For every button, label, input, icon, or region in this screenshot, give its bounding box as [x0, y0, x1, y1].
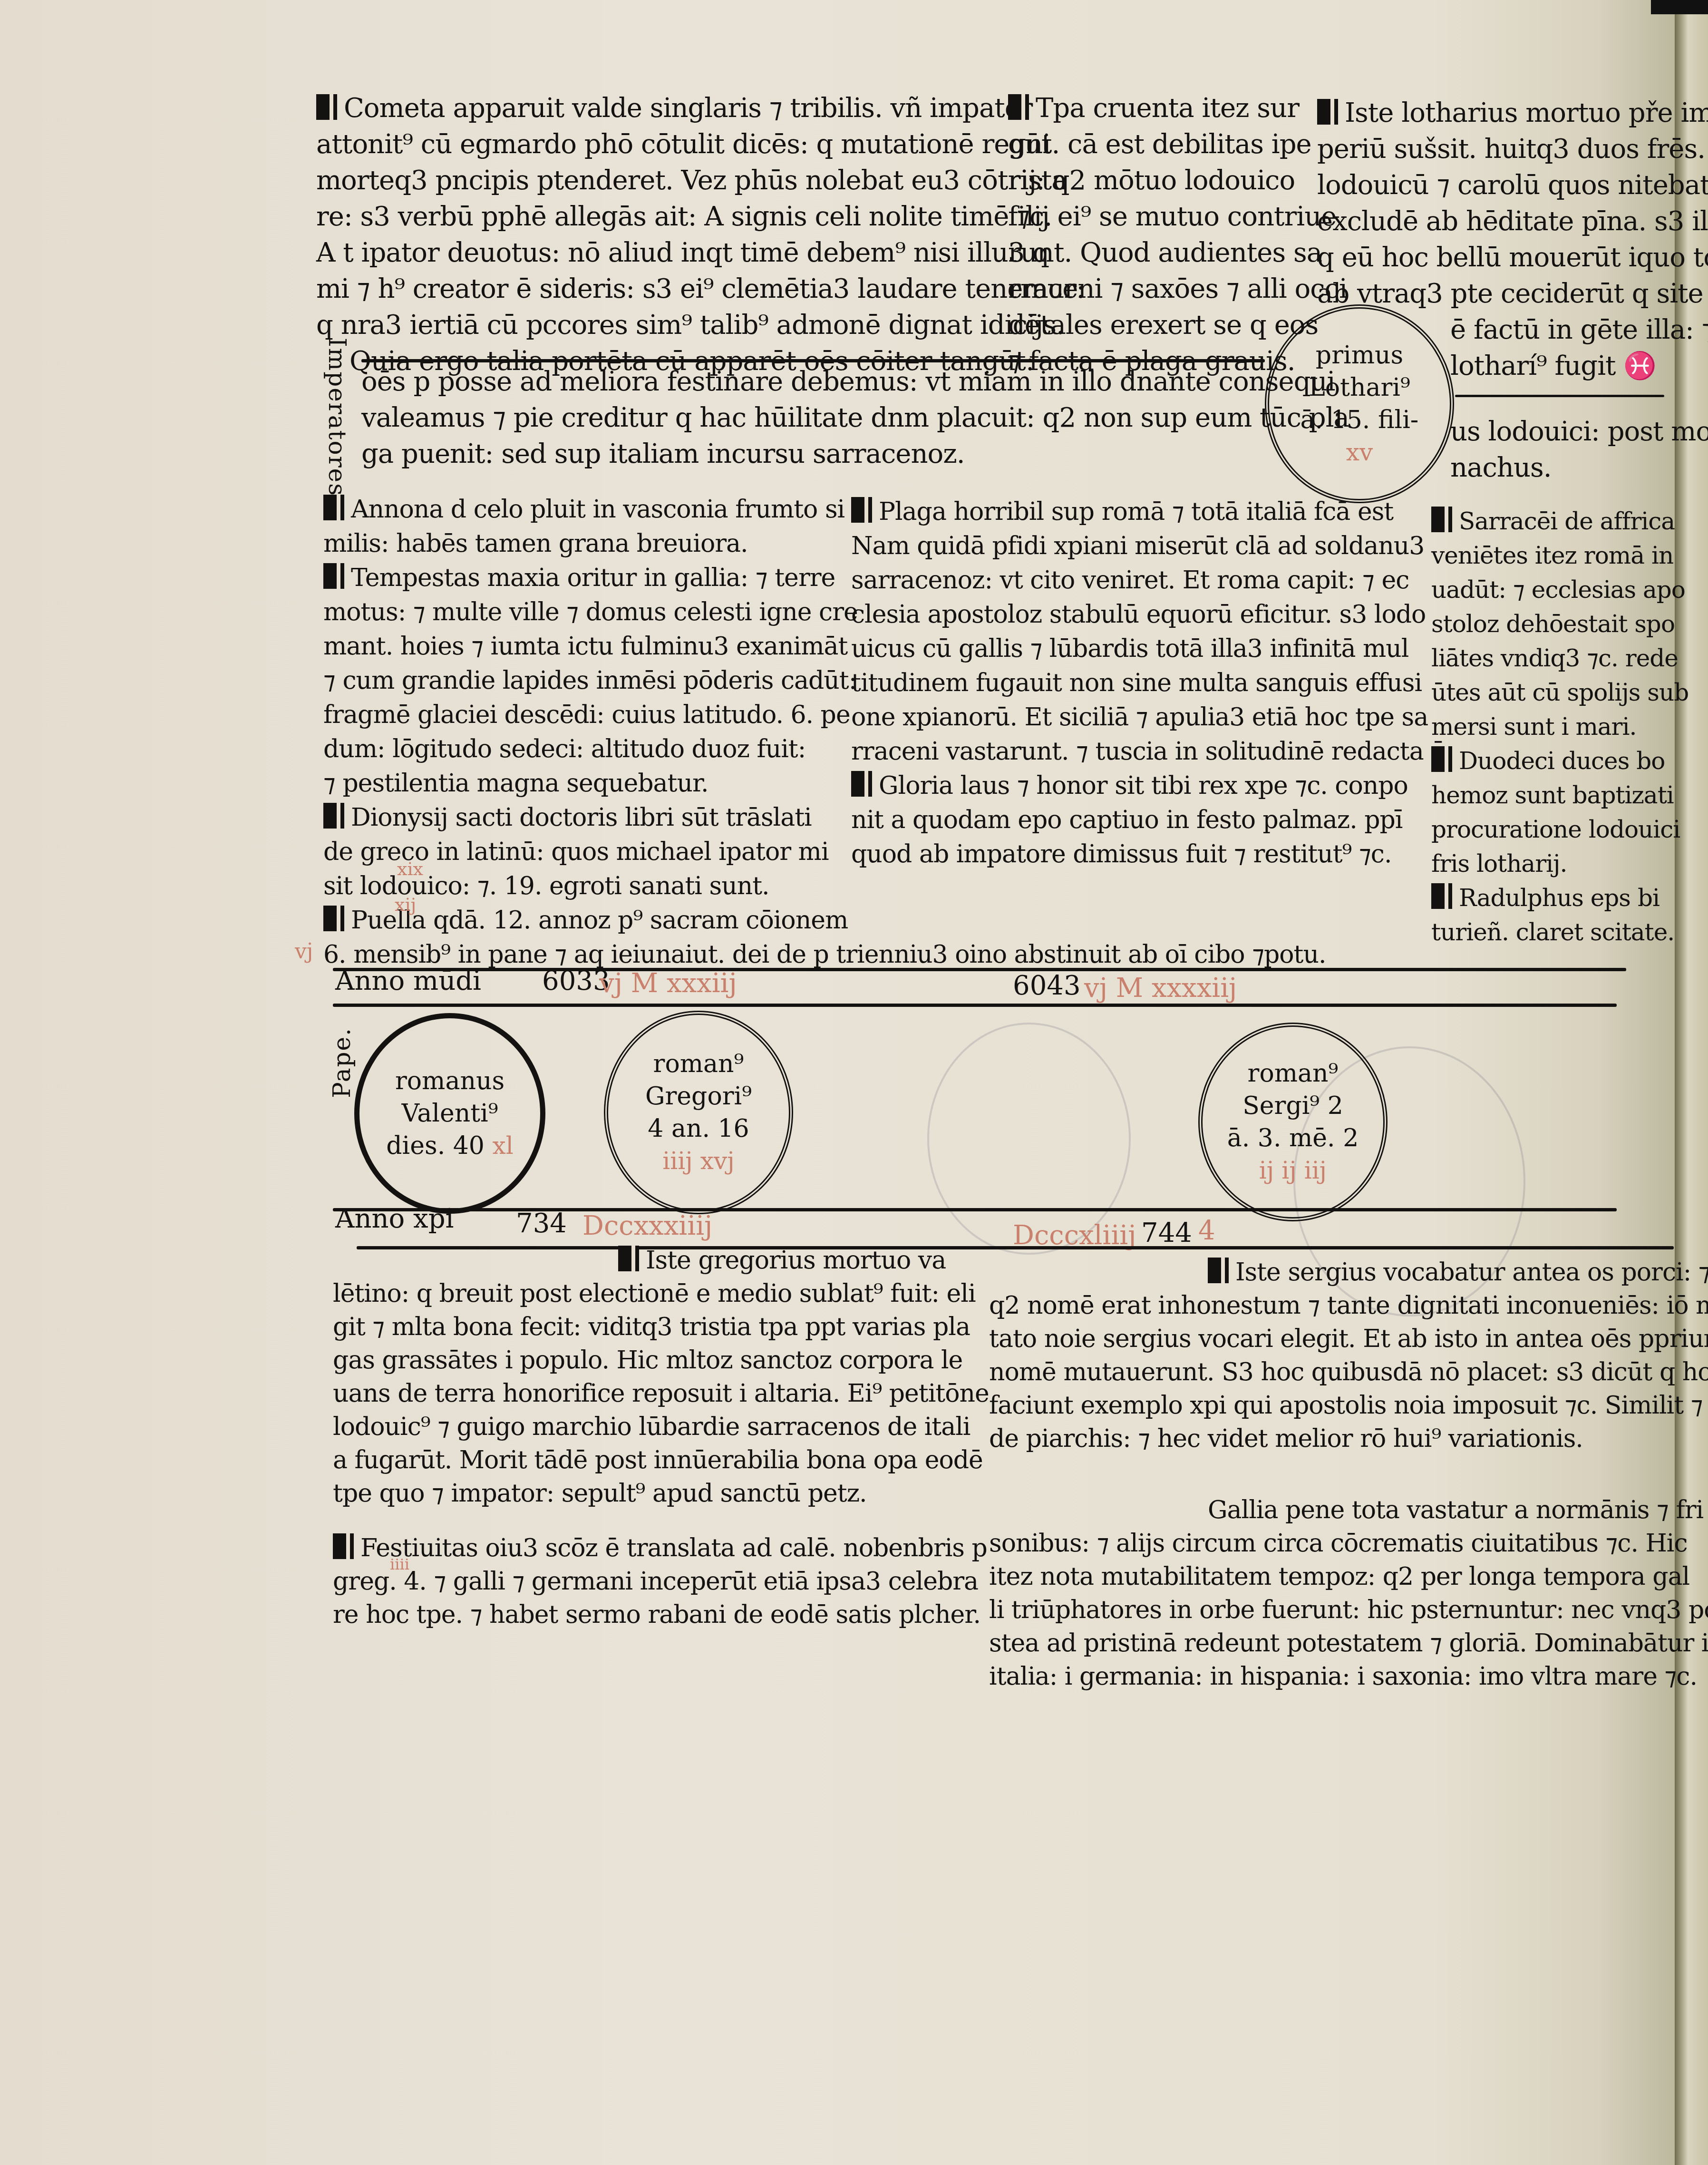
text-line: uadūt: ⁊ ecclesias apo — [1431, 573, 1679, 607]
pilcrow-icon — [851, 771, 868, 797]
pilcrow-icon — [333, 1533, 350, 1559]
text-line: Gloria laus ⁊ honor sit tibi rex xpe ⁊c.… — [851, 769, 1388, 803]
pilcrow-icon — [323, 563, 340, 589]
text-line: excludē ab hēditate pīna. s3 illi — [1317, 204, 1679, 240]
bottom-col1-text: Iste gregorius mortuo va lētino: q breui… — [333, 1244, 961, 1510]
text: Sarracēi de affrica — [1459, 507, 1675, 535]
text-line: ga puenit: sed sup italiam incursu sarra… — [361, 436, 1265, 472]
pilcrow-icon — [316, 94, 333, 120]
emperors-side-label: Imperatores — [323, 338, 351, 497]
text: Annona d celo pluit in vasconia frumto s… — [351, 495, 844, 524]
text-line: mersi sunt i mari. — [1431, 710, 1679, 744]
text-line: gas grassātes i populo. Hic mltoz sancto… — [333, 1344, 961, 1377]
popes-side-label: Pape. — [328, 1027, 356, 1098]
circle-text: roman⁹ — [1248, 1057, 1339, 1090]
text-line: nachus. — [1450, 450, 1679, 486]
text-line: Iste lotharius mortuo pře im — [1317, 95, 1679, 131]
text-line: greg. 4. ⁊ galli ⁊ germani inceperūt eti… — [333, 1565, 961, 1598]
text-line: Tempestas maxia oritur in gallia: ⁊ terr… — [323, 561, 861, 595]
text-line: clesia apostoloz stabulū equorū eficitur… — [851, 597, 1388, 632]
text-line: lodouic⁹ ⁊ guigo marchio lūbardie sarrac… — [333, 1410, 961, 1443]
circle-text: romanus — [395, 1065, 505, 1097]
text-line: one xpianorū. Et siciliā ⁊ apulia3 etiā … — [851, 700, 1388, 734]
circle-text: Gregori⁹ — [645, 1080, 752, 1112]
pilcrow-icon — [323, 803, 340, 829]
text-line: a fugarūt. Morit tādē post innūerabilia … — [333, 1443, 961, 1477]
circle-text: roman⁹ — [653, 1048, 744, 1080]
text: Cometa apparuit valde singlaris ⁊ tribil… — [344, 93, 1032, 124]
rubric-numeral: iiij xvj — [662, 1145, 734, 1177]
text-line: Radulphus eps bi — [1431, 881, 1679, 915]
text-line: re hoc tpe. ⁊ habet sermo rabani de eodē… — [333, 1598, 961, 1631]
text-line: Plaga horribil sup romā ⁊ totā italiā fc… — [851, 495, 1388, 529]
text-line: procuratione lodouici — [1431, 812, 1679, 847]
circle-text: dies. 40 xl — [386, 1130, 513, 1162]
rubric-numeral: vj — [295, 939, 313, 964]
text-line: q nra3 iertiā cū pccores sim⁹ talib⁹ adm… — [316, 307, 1006, 343]
pisces-icon: ♓ — [1623, 351, 1656, 381]
text-line: fragmē glaciei descēdi: cuius latitudo. … — [323, 698, 861, 732]
text-line: Duodeci duces bo — [1431, 744, 1679, 778]
text-line: dētales erexert se q eos — [1008, 307, 1303, 343]
text-line: q eū hoc bellū mouerūt iquo tot — [1317, 240, 1679, 276]
text-line: li triūphatores in orbe fuerunt: hic pst… — [989, 1593, 1669, 1627]
text-line: q2 nomē erat inhonestum ⁊ tante dignitat… — [989, 1289, 1669, 1322]
text: Dionysij sacti doctoris libri sūt trāsla… — [351, 803, 812, 832]
text-line: attonit⁹ cū egmardo phō cōtulit dicēs: q… — [316, 127, 1006, 163]
circle-text: primus — [1316, 339, 1403, 371]
rule-line — [333, 1004, 1617, 1007]
year-value: 6043 — [1013, 970, 1081, 1001]
text-line: lodouicū ⁊ carolū quos nitebat — [1317, 167, 1679, 204]
text-line: runt. Quod audientes sa — [1008, 235, 1303, 271]
text-line: ūtes aūt cū spolijs sub — [1431, 675, 1679, 710]
text: lotharí⁹ fugit — [1450, 351, 1616, 381]
pilcrow-icon — [323, 495, 340, 520]
rubric-numeral: iiii — [390, 1555, 409, 1573]
text-line: fris lotharij. — [1431, 847, 1679, 881]
text-line: motus: ⁊ multe ville ⁊ domus celesti ign… — [323, 595, 861, 629]
text-line: Festiuitas oiu3 scōz ē translata ad calē… — [333, 1531, 961, 1565]
text: Gloria laus ⁊ honor sit tibi rex xpe ⁊c.… — [879, 771, 1408, 800]
text-line: de piarchis: ⁊ hec videt melior rō hui⁹ … — [989, 1422, 1669, 1455]
top-col1-text: Cometa apparuit valde singlaris ⁊ tribil… — [316, 90, 1006, 380]
text-line: dum: lōgitudo sedeci: altitudo duoz fuit… — [323, 732, 861, 766]
text: Tempestas maxia oritur in gallia: ⁊ terr… — [351, 564, 835, 592]
text-line: lētino: q breuit post electionē e medio … — [333, 1277, 961, 1310]
text-line: Dionysij sacti doctoris libri sūt trāsla… — [323, 800, 861, 835]
rubric-numeral: xl — [492, 1132, 513, 1160]
text-line: veniētes itez romā in — [1431, 538, 1679, 573]
text-line: Sarracēi de affrica — [1431, 504, 1679, 538]
rubric-numeral: ij ij iij — [1259, 1154, 1327, 1187]
anno-mundi-label: Anno mūdi — [335, 965, 481, 996]
text-line: sarracenoz: vt cito veniret. Et roma cap… — [851, 563, 1388, 597]
rubric-numeral: 4 — [1198, 1215, 1215, 1246]
top-wide-text: oēs p posse ad meliora festinare debemus… — [361, 364, 1265, 472]
year-value: 734 — [516, 1208, 567, 1239]
rule-line — [333, 968, 1626, 971]
text: dies. 40 — [386, 1131, 485, 1160]
text-line: uans de terra honorifice reposuit i alta… — [333, 1377, 961, 1410]
text: Iste sergius vocabatur antea os porci: ⁊ — [1235, 1258, 1708, 1287]
rule-line — [1455, 395, 1664, 397]
circle-text: ā. 15. fili- — [1300, 404, 1419, 436]
text-line: hemoz sunt baptizati — [1431, 778, 1679, 812]
text-line: filij ei⁹ se mutuo contriue — [1008, 199, 1303, 235]
rubric-numeral: vj M xxxiij — [599, 968, 737, 999]
text: Radulphus eps bi — [1459, 884, 1659, 912]
text-line: gūt. cā est debilitas ipe — [1008, 127, 1303, 163]
rubric-numeral: vj M xxxxiij — [1084, 973, 1237, 1004]
year-value: 744 — [1141, 1218, 1192, 1248]
anno-christi-label: Anno xpi — [335, 1203, 454, 1234]
text-line: us lodouici: post mo — [1450, 414, 1679, 450]
text-line: mant. hoies ⁊ iumta ictu fulminu3 exanim… — [323, 629, 861, 663]
text-line: nomē mutauerunt. S3 hoc quibusdā nō plac… — [989, 1356, 1669, 1389]
circle-text: Valenti⁹ — [401, 1097, 498, 1130]
rubric-numeral: xij — [395, 894, 416, 915]
pilcrow-icon — [1431, 883, 1448, 909]
text-line: uicus cū gallis ⁊ lūbardis totā illa3 in… — [851, 632, 1388, 666]
text-line: italia: i germania: in hispania: i saxon… — [989, 1660, 1669, 1693]
text-line: valeamus ⁊ pie creditur q hac hūilitate … — [361, 400, 1265, 436]
text-line: rraceni vastarunt. ⁊ tuscia in solitudin… — [851, 734, 1388, 769]
top-col2-text: Tpa cruenta itez sur gūt. cā est debilit… — [1008, 90, 1303, 380]
circle-text: Sergi⁹ 2 — [1242, 1090, 1343, 1122]
emperor-circle: primus Lothari⁹ ā. 15. fili- xv — [1265, 304, 1454, 503]
pilcrow-icon — [851, 497, 868, 523]
text-line: quod ab impatore dimissus fuit ⁊ restitu… — [851, 837, 1388, 871]
text-line: A t ipator deuotus: nō aliud inqt timē d… — [316, 235, 1006, 271]
text-line: nit a quodam epo captiuo in festo palmaz… — [851, 803, 1388, 837]
circle-text: ā. 3. mē. 2 — [1227, 1122, 1359, 1154]
pilcrow-icon — [1431, 746, 1448, 772]
text-line: rij: q2 mōtuo lodouico — [1008, 163, 1303, 199]
pilcrow-icon — [1431, 507, 1448, 532]
pope-circle: roman⁹ Sergi⁹ 2 ā. 3. mē. 2 ij ij iij — [1198, 1023, 1388, 1221]
pilcrow-icon — [1008, 94, 1025, 120]
text-line: titudinem fugauit non sine multa sanguis… — [851, 666, 1388, 700]
pilcrow-icon — [618, 1246, 635, 1271]
text-line: milis: habēs tamen grana breuiora. — [323, 527, 861, 561]
pilcrow-icon — [1317, 99, 1334, 125]
pilcrow-icon — [1208, 1258, 1225, 1283]
text: Plaga horribil sup romā ⁊ totā italiā fc… — [879, 497, 1393, 526]
bottom-col2-text-2: Gallia pene tota vastatur a normānis ⁊ f… — [989, 1493, 1669, 1693]
middle-col2-text: Plaga horribil sup romā ⁊ totā italiā fc… — [851, 495, 1388, 871]
rule-line — [361, 359, 1265, 362]
pope-circle: romanus Valenti⁹ dies. 40 xl — [354, 1013, 545, 1214]
circle-text: Lothari⁹ — [1309, 371, 1410, 404]
gutter-shadow — [1651, 0, 1708, 14]
text-line: Tpa cruenta itez sur — [1008, 90, 1303, 127]
text-line: liātes vndiq3 ⁊c. rede — [1431, 641, 1679, 675]
text-line: oēs p posse ad meliora festinare debemus… — [361, 364, 1265, 400]
pilcrow-icon — [323, 906, 340, 931]
text: Tpa cruenta itez sur — [1036, 93, 1299, 124]
pope-circle: roman⁹ Gregori⁹ 4 an. 16 iiij xvj — [604, 1011, 793, 1214]
top-col3-continuation: us lodouici: post mo nachus. — [1450, 414, 1679, 486]
bottom-col2-text: Iste sergius vocabatur antea os porci: ⁊… — [989, 1256, 1669, 1455]
text-line: stea ad pristinā redeunt potestatem ⁊ gl… — [989, 1627, 1669, 1660]
text: Iste lotharius mortuo pře im — [1345, 98, 1708, 128]
text-line: Gallia pene tota vastatur a normānis ⁊ f… — [989, 1493, 1669, 1527]
text-line: ⁊ pestilentia magna sequebatur. — [323, 766, 861, 800]
circle-text: 4 an. 16 — [648, 1112, 749, 1145]
text-line: sonibus: ⁊ alijs circum circa cōcrematis… — [989, 1527, 1669, 1560]
text-line: tato noie sergius vocari elegit. Et ab i… — [989, 1322, 1669, 1356]
rubric-numeral: Dccxxxiiij — [582, 1210, 712, 1241]
text: Duodeci duces bo — [1459, 747, 1665, 775]
text-line: git ⁊ mlta bona fecit: viditq3 tristia t… — [333, 1310, 961, 1344]
bottom-col1-text-2: Festiuitas oiu3 scōz ē translata ad calē… — [333, 1531, 961, 1631]
text-line: stoloz dehōestait spo — [1431, 607, 1679, 641]
text-line: re: s3 verbū pphē allegās ait: A signis … — [316, 199, 1006, 235]
text-line: turieñ. claret scitate. — [1431, 915, 1679, 949]
text-line: Nam quidā pfidi xpiani miserūt clā ad so… — [851, 529, 1388, 563]
text-line: Annona d celo pluit in vasconia frumto s… — [323, 492, 861, 527]
rubric-numeral: xv — [1346, 436, 1373, 468]
text-line: Cometa apparuit valde singlaris ⁊ tribil… — [316, 90, 1006, 127]
text-line: itez nota mutabilitatem tempoz: q2 per l… — [989, 1560, 1669, 1593]
text-line: mi ⁊ h⁹ creator ē sideris: s3 ei⁹ clemēt… — [316, 271, 1006, 307]
text: Festiuitas oiu3 scōz ē translata ad calē… — [360, 1534, 987, 1562]
text-line: periū sušsit. huitq3 duos frēs. s. — [1317, 131, 1679, 167]
text-line: Iste gregorius mortuo va — [333, 1244, 961, 1277]
text: Iste gregorius mortuo va — [646, 1246, 946, 1275]
rubric-numeral: xix — [397, 858, 423, 879]
text-line: Iste sergius vocabatur antea os porci: ⁊ — [989, 1256, 1669, 1289]
text: Puella qdā. 12. annoz p⁹ sacram cōionem — [351, 906, 848, 935]
text-line: ⁊ cum grandie lapides inmēsi pōderis cad… — [323, 663, 861, 698]
text-line: faciunt exemplo xpi qui apostolis noia i… — [989, 1389, 1669, 1422]
text-line: morteq3 pncipis ptenderet. Vez phūs nole… — [316, 163, 1006, 199]
text-line: tpe quo ⁊ impator: sepult⁹ apud sanctū p… — [333, 1477, 961, 1510]
middle-col3-text: Sarracēi de affrica veniētes itez romā i… — [1431, 504, 1679, 949]
text-line: rraceni ⁊ saxōes ⁊ alli occi — [1008, 271, 1303, 307]
